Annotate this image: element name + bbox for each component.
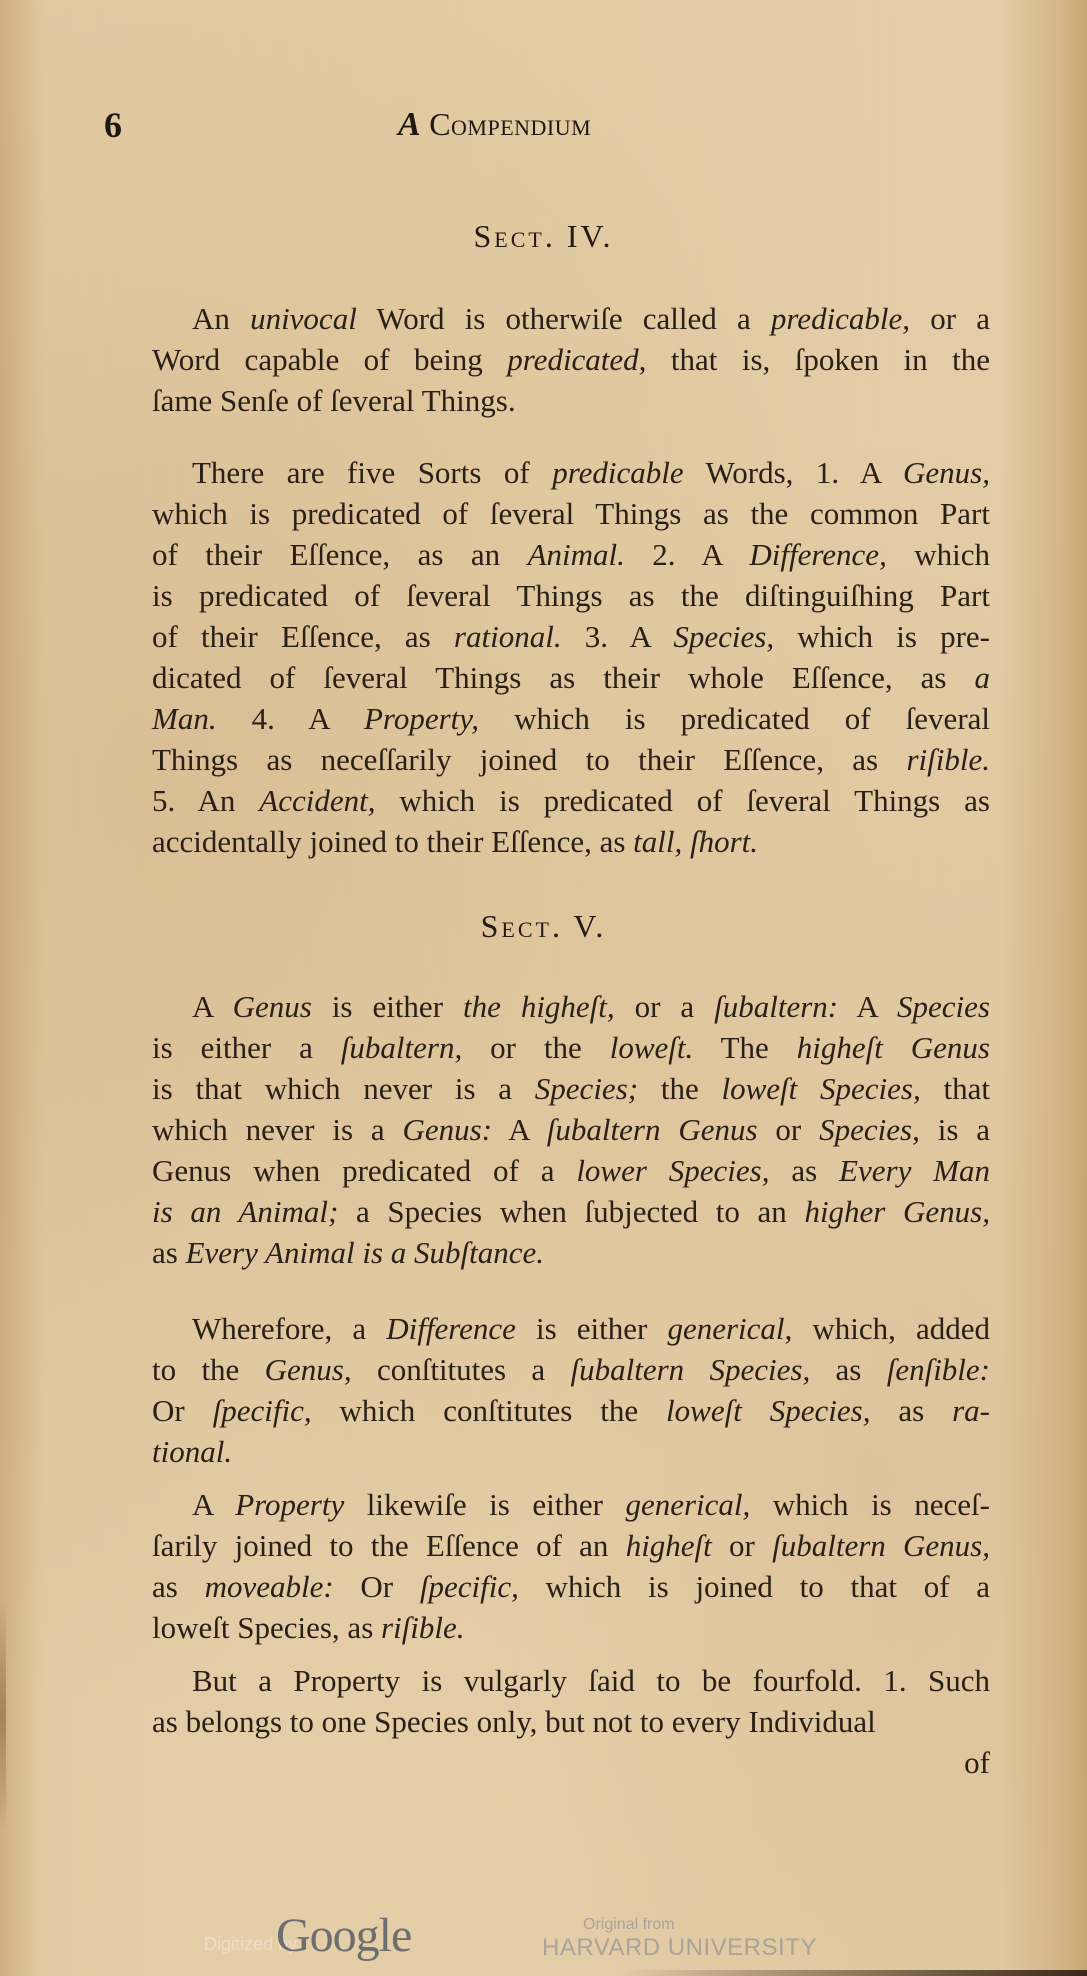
roman-text: which is predicated of ſeveral Things as… bbox=[152, 496, 990, 531]
italic-text: ſubaltern, bbox=[341, 1030, 462, 1065]
roman-text: the bbox=[638, 1071, 721, 1106]
text-line: of their Eſſence, as an Animal. 2. A Dif… bbox=[152, 534, 990, 575]
italic-text: ſpecific, bbox=[420, 1569, 519, 1604]
scan-watermark-footer: Digitized by Google Original from HARVAR… bbox=[0, 1906, 1087, 1966]
roman-text: ſame Senſe of ſeveral Things. bbox=[152, 383, 516, 418]
italic-text: Genus, bbox=[903, 455, 990, 490]
roman-text: is predicated of ſeveral Things as the d… bbox=[152, 578, 990, 613]
text-line: An univocal Word is otherwiſe called a p… bbox=[152, 298, 990, 339]
italic-text: Species, bbox=[819, 1112, 920, 1147]
text-line: as belongs to one Species only, but not … bbox=[152, 1701, 990, 1742]
roman-text: 5. An bbox=[152, 783, 259, 818]
paragraph: An univocal Word is otherwiſe called a p… bbox=[152, 298, 990, 421]
roman-text: as bbox=[870, 1393, 952, 1428]
italic-text: riſible. bbox=[906, 742, 990, 777]
italic-text: riſible. bbox=[381, 1610, 465, 1645]
italic-text: Genus bbox=[233, 989, 312, 1024]
roman-text: Word capable of being bbox=[152, 342, 507, 377]
italic-text: tional. bbox=[152, 1434, 232, 1469]
roman-text: or a bbox=[910, 301, 990, 336]
scanned-book-page: 6 ACompendium Sect. IV. An univocal Word… bbox=[0, 0, 1087, 1976]
roman-text: Genus when predicated of a bbox=[152, 1153, 576, 1188]
roman-text: Word is otherwiſe called a bbox=[357, 301, 771, 336]
roman-text: as belongs to one Species only, but not … bbox=[152, 1704, 876, 1739]
google-logo-icon: Google bbox=[276, 1908, 411, 1963]
roman-text: But a Property is vulgarly ſaid to be fo… bbox=[192, 1663, 990, 1698]
roman-text: which is joined to that of a bbox=[519, 1569, 990, 1604]
italic-text: predicated, bbox=[507, 342, 646, 377]
roman-text: which is neceſ- bbox=[750, 1487, 990, 1522]
roman-text: to the bbox=[152, 1352, 265, 1387]
paragraph: But a Property is vulgarly ſaid to be fo… bbox=[152, 1660, 990, 1742]
roman-text: There are five Sorts of bbox=[192, 455, 552, 490]
italic-text: ſpecific, bbox=[213, 1393, 312, 1428]
roman-text: Words, 1. A bbox=[684, 455, 903, 490]
section-title-v: Sect. V. bbox=[0, 908, 1087, 945]
italic-text: ſenſible: bbox=[887, 1352, 990, 1387]
paragraph: Wherefore, a Difference is either generi… bbox=[152, 1308, 990, 1472]
italic-text: Genus, bbox=[265, 1352, 352, 1387]
roman-text: which, added bbox=[792, 1311, 990, 1346]
roman-text: which is predicated of ſeveral Things as bbox=[375, 783, 990, 818]
roman-text: is either a bbox=[152, 1030, 341, 1065]
italic-text: ſubaltern Genus, bbox=[772, 1528, 990, 1563]
text-line: Wherefore, a Difference is either generi… bbox=[152, 1308, 990, 1349]
italic-text: rational. bbox=[454, 619, 562, 654]
roman-text: which is predicated of ſeveral bbox=[479, 701, 990, 736]
italic-text: Animal. bbox=[528, 537, 625, 572]
roman-text: accidentally joined to their Eſſence, as bbox=[152, 824, 633, 859]
roman-text: of their Eſſence, as bbox=[152, 619, 454, 654]
roman-text: is that which never is a bbox=[152, 1071, 535, 1106]
roman-text: or bbox=[712, 1528, 772, 1563]
italic-text: loweſt Species, bbox=[721, 1071, 920, 1106]
italic-text: generical, bbox=[625, 1487, 750, 1522]
roman-text: or bbox=[758, 1112, 820, 1147]
italic-text: a bbox=[975, 660, 991, 695]
text-line: ſame Senſe of ſeveral Things. bbox=[152, 380, 990, 421]
italic-text: Accident, bbox=[259, 783, 375, 818]
roman-text: A bbox=[838, 989, 897, 1024]
italic-text: ſubaltern Genus bbox=[547, 1112, 758, 1147]
italic-text: tall, ſhort. bbox=[633, 824, 758, 859]
page-header: 6 ACompendium bbox=[0, 104, 1087, 154]
italic-text: Genus: bbox=[403, 1112, 493, 1147]
roman-text: 4. A bbox=[217, 701, 364, 736]
roman-text: is either bbox=[312, 989, 463, 1024]
text-line: 5. An Accident, which is predicated of ſ… bbox=[152, 780, 990, 821]
text-line: loweſt Species, as riſible. bbox=[152, 1607, 990, 1648]
roman-text: 3. A bbox=[562, 619, 674, 654]
italic-text: Difference, bbox=[749, 537, 886, 572]
italic-text: Every Man bbox=[839, 1153, 990, 1188]
text-line: which never is a Genus: A ſubaltern Genu… bbox=[152, 1109, 990, 1150]
italic-text: moveable: bbox=[205, 1569, 334, 1604]
roman-text: likewiſe is either bbox=[344, 1487, 625, 1522]
italic-text: Property bbox=[235, 1487, 344, 1522]
italic-text: predicable, bbox=[771, 301, 910, 336]
text-line: to the Genus, conſtitutes a ſubaltern Sp… bbox=[152, 1349, 990, 1390]
text-line: of their Eſſence, as rational. 3. A Spec… bbox=[152, 616, 990, 657]
text-line: ſarily joined to the Eſſence of an highe… bbox=[152, 1525, 990, 1566]
italic-text: lower Species, bbox=[576, 1153, 769, 1188]
text-line: Or ſpecific, which conſtitutes the loweſ… bbox=[152, 1390, 990, 1431]
text-line: as moveable: Or ſpecific, which is joine… bbox=[152, 1566, 990, 1607]
italic-text: loweſt. bbox=[610, 1030, 694, 1065]
italic-text: predicable bbox=[552, 455, 683, 490]
roman-text: A bbox=[192, 989, 233, 1024]
italic-text: higheſt bbox=[626, 1528, 712, 1563]
roman-text: Wherefore, a bbox=[192, 1311, 386, 1346]
roman-text: The bbox=[693, 1030, 797, 1065]
italic-text: higheſt Genus bbox=[797, 1030, 990, 1065]
italic-text: Every Animal is a Subſtance. bbox=[186, 1235, 544, 1270]
roman-text: as bbox=[770, 1153, 840, 1188]
italic-text: ra- bbox=[952, 1393, 990, 1428]
italic-text: ſubaltern: bbox=[714, 989, 838, 1024]
roman-text: is either bbox=[516, 1311, 668, 1346]
italic-text: is an Animal; bbox=[152, 1194, 338, 1229]
roman-text: A bbox=[192, 1487, 235, 1522]
roman-text: or a bbox=[615, 989, 714, 1024]
italic-text: Species bbox=[897, 989, 990, 1024]
text-line: Word capable of being predicated, that i… bbox=[152, 339, 990, 380]
text-line: as Every Animal is a Subſtance. bbox=[152, 1232, 990, 1273]
roman-text: loweſt Species, as bbox=[152, 1610, 381, 1645]
text-line: But a Property is vulgarly ſaid to be fo… bbox=[152, 1660, 990, 1701]
page-edge-stain bbox=[0, 1600, 6, 1830]
section-title-iv: Sect. IV. bbox=[0, 218, 1087, 255]
text-line: which is predicated of ſeveral Things as… bbox=[152, 493, 990, 534]
roman-text: Things as neceſſarily joined to their Eſ… bbox=[152, 742, 906, 777]
roman-text: of their Eſſence, as an bbox=[152, 537, 528, 572]
roman-text: that is, ſpoken in the bbox=[646, 342, 990, 377]
roman-text: dicated of ſeveral Things as their whole… bbox=[152, 660, 975, 695]
italic-text: the higheſt, bbox=[463, 989, 615, 1024]
roman-text: as bbox=[810, 1352, 886, 1387]
italic-text: ſubaltern Species, bbox=[571, 1352, 811, 1387]
text-line: A Genus is either the higheſt, or a ſuba… bbox=[152, 986, 990, 1027]
paragraph: A Property likewiſe is either generical,… bbox=[152, 1484, 990, 1648]
italic-text: Species, bbox=[673, 619, 774, 654]
text-line: There are five Sorts of predicable Words… bbox=[152, 452, 990, 493]
text-line: is either a ſubaltern, or the loweſt. Th… bbox=[152, 1027, 990, 1068]
google-logo-text: Google bbox=[276, 1909, 411, 1962]
roman-text: ſarily joined to the Eſſence of an bbox=[152, 1528, 626, 1563]
catchword-block: of bbox=[152, 1742, 990, 1783]
roman-text: Or bbox=[334, 1569, 420, 1604]
page-bottom-edge bbox=[620, 1970, 1087, 1976]
italic-text: Species; bbox=[535, 1071, 638, 1106]
italic-text: generical, bbox=[667, 1311, 792, 1346]
roman-text: which is pre- bbox=[774, 619, 990, 654]
roman-text: which bbox=[887, 537, 990, 572]
italic-text: Property, bbox=[364, 701, 479, 736]
text-line: is that which never is a Species; the lo… bbox=[152, 1068, 990, 1109]
text-line: A Property likewiſe is either generical,… bbox=[152, 1484, 990, 1525]
running-head-title: Compendium bbox=[429, 106, 591, 142]
text-line: is an Animal; a Species when ſubjected t… bbox=[152, 1191, 990, 1232]
text-line: Genus when predicated of a lower Species… bbox=[152, 1150, 990, 1191]
roman-text: is a bbox=[920, 1112, 990, 1147]
original-from-institution: HARVARD UNIVERSITY bbox=[542, 1934, 817, 1962]
text-line: is predicated of ſeveral Things as the d… bbox=[152, 575, 990, 616]
text-line: accidentally joined to their Eſſence, as… bbox=[152, 821, 990, 862]
paragraph: A Genus is either the higheſt, or a ſuba… bbox=[152, 986, 990, 1273]
roman-text: as bbox=[152, 1235, 186, 1270]
running-head-initial: A bbox=[398, 106, 421, 143]
roman-text: that bbox=[921, 1071, 990, 1106]
catchword: of bbox=[152, 1742, 990, 1783]
italic-text: higher Genus, bbox=[804, 1194, 990, 1229]
text-line: dicated of ſeveral Things as their whole… bbox=[152, 657, 990, 698]
roman-text: A bbox=[492, 1112, 547, 1147]
italic-text: Man. bbox=[152, 701, 217, 736]
italic-text: loweſt Species, bbox=[666, 1393, 870, 1428]
roman-text: conſtitutes a bbox=[352, 1352, 571, 1387]
italic-text: univocal bbox=[250, 301, 357, 336]
running-head: ACompendium bbox=[398, 106, 591, 144]
original-from-label: Original from bbox=[583, 1916, 675, 1934]
page-number: 6 bbox=[104, 104, 122, 146]
italic-text: Difference bbox=[386, 1311, 516, 1346]
roman-text: 2. A bbox=[625, 537, 750, 572]
text-line: tional. bbox=[152, 1431, 990, 1472]
roman-text: or the bbox=[462, 1030, 610, 1065]
roman-text: which never is a bbox=[152, 1112, 403, 1147]
text-line: Man. 4. A Property, which is predicated … bbox=[152, 698, 990, 739]
roman-text: which conſtitutes the bbox=[312, 1393, 666, 1428]
roman-text: An bbox=[192, 301, 250, 336]
text-line: Things as neceſſarily joined to their Eſ… bbox=[152, 739, 990, 780]
roman-text: a Species when ſubjected to an bbox=[338, 1194, 804, 1229]
paragraph: There are five Sorts of predicable Words… bbox=[152, 452, 990, 862]
roman-text: as bbox=[152, 1569, 205, 1604]
roman-text: Or bbox=[152, 1393, 213, 1428]
